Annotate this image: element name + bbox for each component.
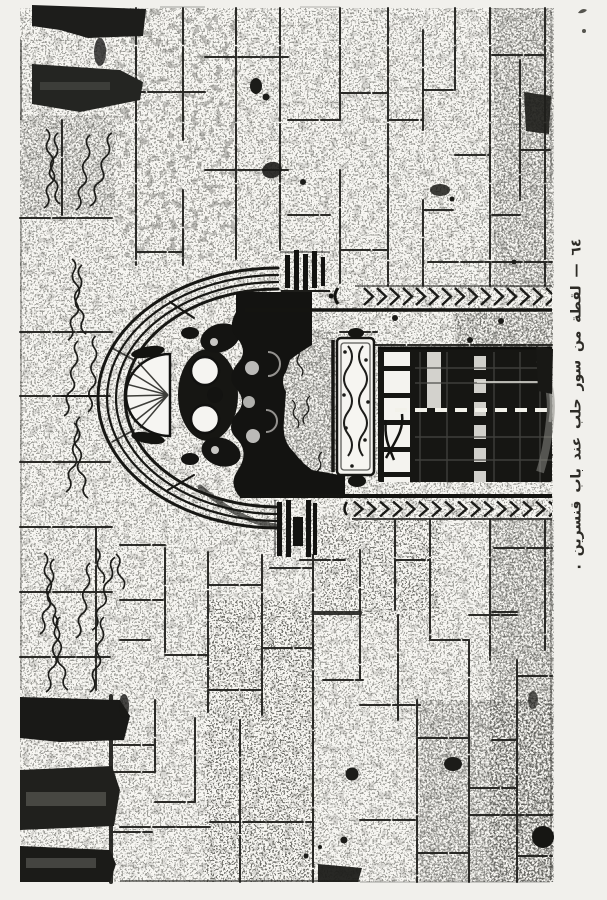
window-iron-grille <box>378 348 552 482</box>
scanned-page: ٦٤ — لقطة من سور حلب عند باب قنسرين . <box>0 0 607 900</box>
carved-ornament-panel <box>333 328 374 487</box>
corner-stray-mark <box>578 9 587 33</box>
photo-plate <box>0 0 607 900</box>
figure-caption: ٦٤ — لقطة من سور حلب عند باب قنسرين . <box>569 239 586 570</box>
